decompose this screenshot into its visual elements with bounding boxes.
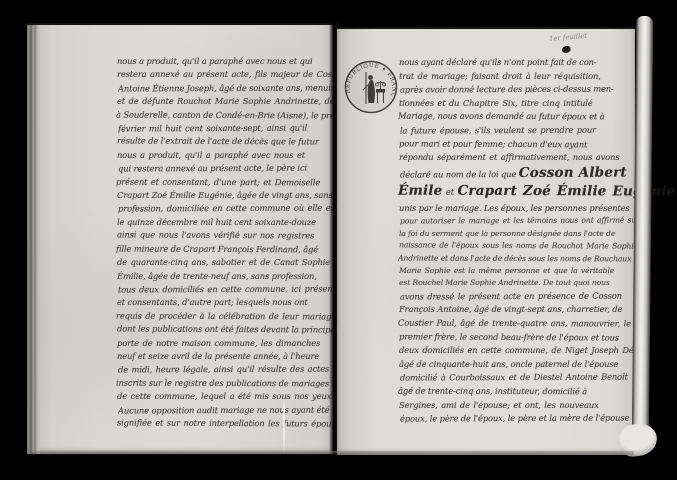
handwritten-line: naissance de l'époux sous les noms de Ro… <box>399 240 635 254</box>
handwritten-line: âgé de cinquante-huit ans, oncle paterne… <box>399 358 635 372</box>
handwritten-line: de cette commune, lequel a été mis sous … <box>117 390 339 403</box>
handwritten-line: neuf et seize avril de la présente année… <box>117 350 339 363</box>
book-fore-edge <box>632 16 654 452</box>
handwritten-line: restera annexé au présent acte, fils maj… <box>117 68 339 81</box>
handwritten-line: Marie Sophie est la même personne et que… <box>399 265 635 277</box>
handwritten-line: deux domiciliés en cette commune, de Nig… <box>399 344 635 358</box>
spouse-name: Émile <box>398 183 442 199</box>
handwritten-line: profession, domiciliée en cette commune … <box>118 202 340 216</box>
right-page: RÉPUBLIQUE ✦ FRANÇAISE 1er feuillet <box>337 27 635 455</box>
bottom-sheet-edge <box>32 451 634 456</box>
handwritten-line: et de défunte Rouchot Marie Sophie Andri… <box>117 95 339 108</box>
handwritten-line: présent et consentant, d'une part; et De… <box>116 175 338 189</box>
handwritten-line: la foi du serment que la personne désign… <box>399 228 635 240</box>
handwritten-line: porte de notre maison commune, les diman… <box>117 337 339 350</box>
handwritten-line: tionnées et du Chapitre Six, titre cinq … <box>399 97 635 111</box>
handwritten-line: Coustier Paul, âgé de trente-quatre ans,… <box>398 317 634 331</box>
handwritten-line: requis de procéder à la célébration de l… <box>116 309 338 323</box>
handwritten-line: époux, le père de l'époux, le père et la… <box>400 412 636 427</box>
handwritten-line: Mariage, nous avons demandé au futur épo… <box>398 110 634 124</box>
handwritten-line: Émilie, âgée de trente-neuf ans, sans pr… <box>117 270 339 283</box>
handwritten-line: François Antoine, âgé de vingt-sept ans,… <box>399 303 635 317</box>
handwritten-line: la future épouse, s'ils veulent se prend… <box>400 123 636 138</box>
handwritten-line: qui restera annexé au présent acte, le p… <box>118 162 340 176</box>
republique-francaise-seal-stamp: RÉPUBLIQUE ✦ FRANÇAISE <box>343 59 399 115</box>
binding-page-edges <box>27 25 40 454</box>
handwritten-line: ainsi que nous l'avons vérifié sur nos r… <box>117 229 339 244</box>
handwritten-line: Crapart Zoé Émilie Eugénie, âgée de ving… <box>117 189 339 202</box>
handwritten-line: de midi, heure légale, ainsi qu'il résul… <box>118 363 340 377</box>
hand-text: et <box>442 187 457 197</box>
handwritten-line: pour mari et pour femme; chacun d'eux ay… <box>399 137 635 152</box>
hand-text: déclaré au nom de la loi que <box>400 169 519 180</box>
spouse-name: Cosson Albert <box>519 164 627 180</box>
left-page: nous a produit, qu'il a paraphé avec nou… <box>27 23 333 454</box>
handwritten-line: Émile et Crapart Zoé Émilie Eugénie sont <box>398 183 634 202</box>
handwritten-line: âgé de trente-cinq ans, instituteur, dom… <box>398 385 634 399</box>
handwritten-line: déclaré au nom de la loi que Cosson Albe… <box>400 164 636 184</box>
corner-annotation: 1er feuillet <box>549 29 619 43</box>
handwritten-line: répondu séparément et affirmativement, n… <box>399 151 635 165</box>
handwritten-line: trat de mariage; faisant droit à leur ré… <box>399 70 635 84</box>
handwritten-line: et consentants, d'autre part; lesquels n… <box>117 296 339 309</box>
register-scan: nous a produit, qu'il a paraphé avec nou… <box>0 0 677 480</box>
handwritten-line: dont les publications ont été faites dev… <box>117 323 339 338</box>
handwritten-line: signifiée et sur notre interpellation le… <box>117 416 339 431</box>
handwritten-line: à Souderelle, canton de Condé-en-Brie (A… <box>116 108 338 122</box>
handwritten-line: Aucune opposition audit mariage ne nous … <box>118 403 340 417</box>
handwritten-line: le quinze décembre mil huit cent soixant… <box>117 216 339 229</box>
handwritten-line: Sergines, ami de l'épouse; et ont, les n… <box>399 399 635 413</box>
handwritten-line: résulte de l'extrait de l'acte de décès … <box>117 135 339 150</box>
left-page-text: nous a produit, qu'il a paraphé avec nou… <box>117 55 339 430</box>
handwritten-line: nous a produit, qu'il a paraphé avec nou… <box>117 55 339 68</box>
handwritten-line: premier frère, le second beau-frère de l… <box>399 330 635 345</box>
handwritten-line: de quarante-cinq ans, sabotier et de Can… <box>117 256 339 269</box>
ink-blot <box>562 46 571 53</box>
handwritten-line: unis par le mariage. Les époux, les pers… <box>399 202 635 216</box>
handwritten-line: nous a produit, qu'il a paraphé avec nou… <box>117 149 339 162</box>
handwritten-line: après avoir donné lecture des pièces ci-… <box>400 83 636 98</box>
handwritten-line: pour autoriser le mariage et les témoins… <box>400 215 636 228</box>
handwritten-line: Andrinette et dans l'acte de décès sous … <box>398 252 634 265</box>
crease-mark <box>283 395 285 454</box>
handwritten-line: fille mineure de Crapart François Ferdin… <box>116 242 338 256</box>
handwritten-line: Antoine Étienne Joseph, âgé de soixante … <box>118 81 340 95</box>
handwritten-line: nous ayant déclaré qu'ils n'ont point fa… <box>399 56 635 70</box>
handwritten-line: est Rouchel Marie Sophie Andrinette. De … <box>399 277 635 289</box>
handwritten-line: avons dressé le présent acte en présence… <box>400 289 636 304</box>
right-page-text: nous ayant déclaré qu'ils n'ont point fa… <box>399 56 635 426</box>
handwritten-line: domicilié à Courboissaux et de Diestel A… <box>400 371 636 386</box>
handwritten-line: tous deux domiciliés en cette commune, i… <box>118 282 340 296</box>
seal-graphic: RÉPUBLIQUE ✦ FRANÇAISE <box>343 59 399 115</box>
handwritten-line: inscrits sur le registre des publication… <box>116 376 338 390</box>
